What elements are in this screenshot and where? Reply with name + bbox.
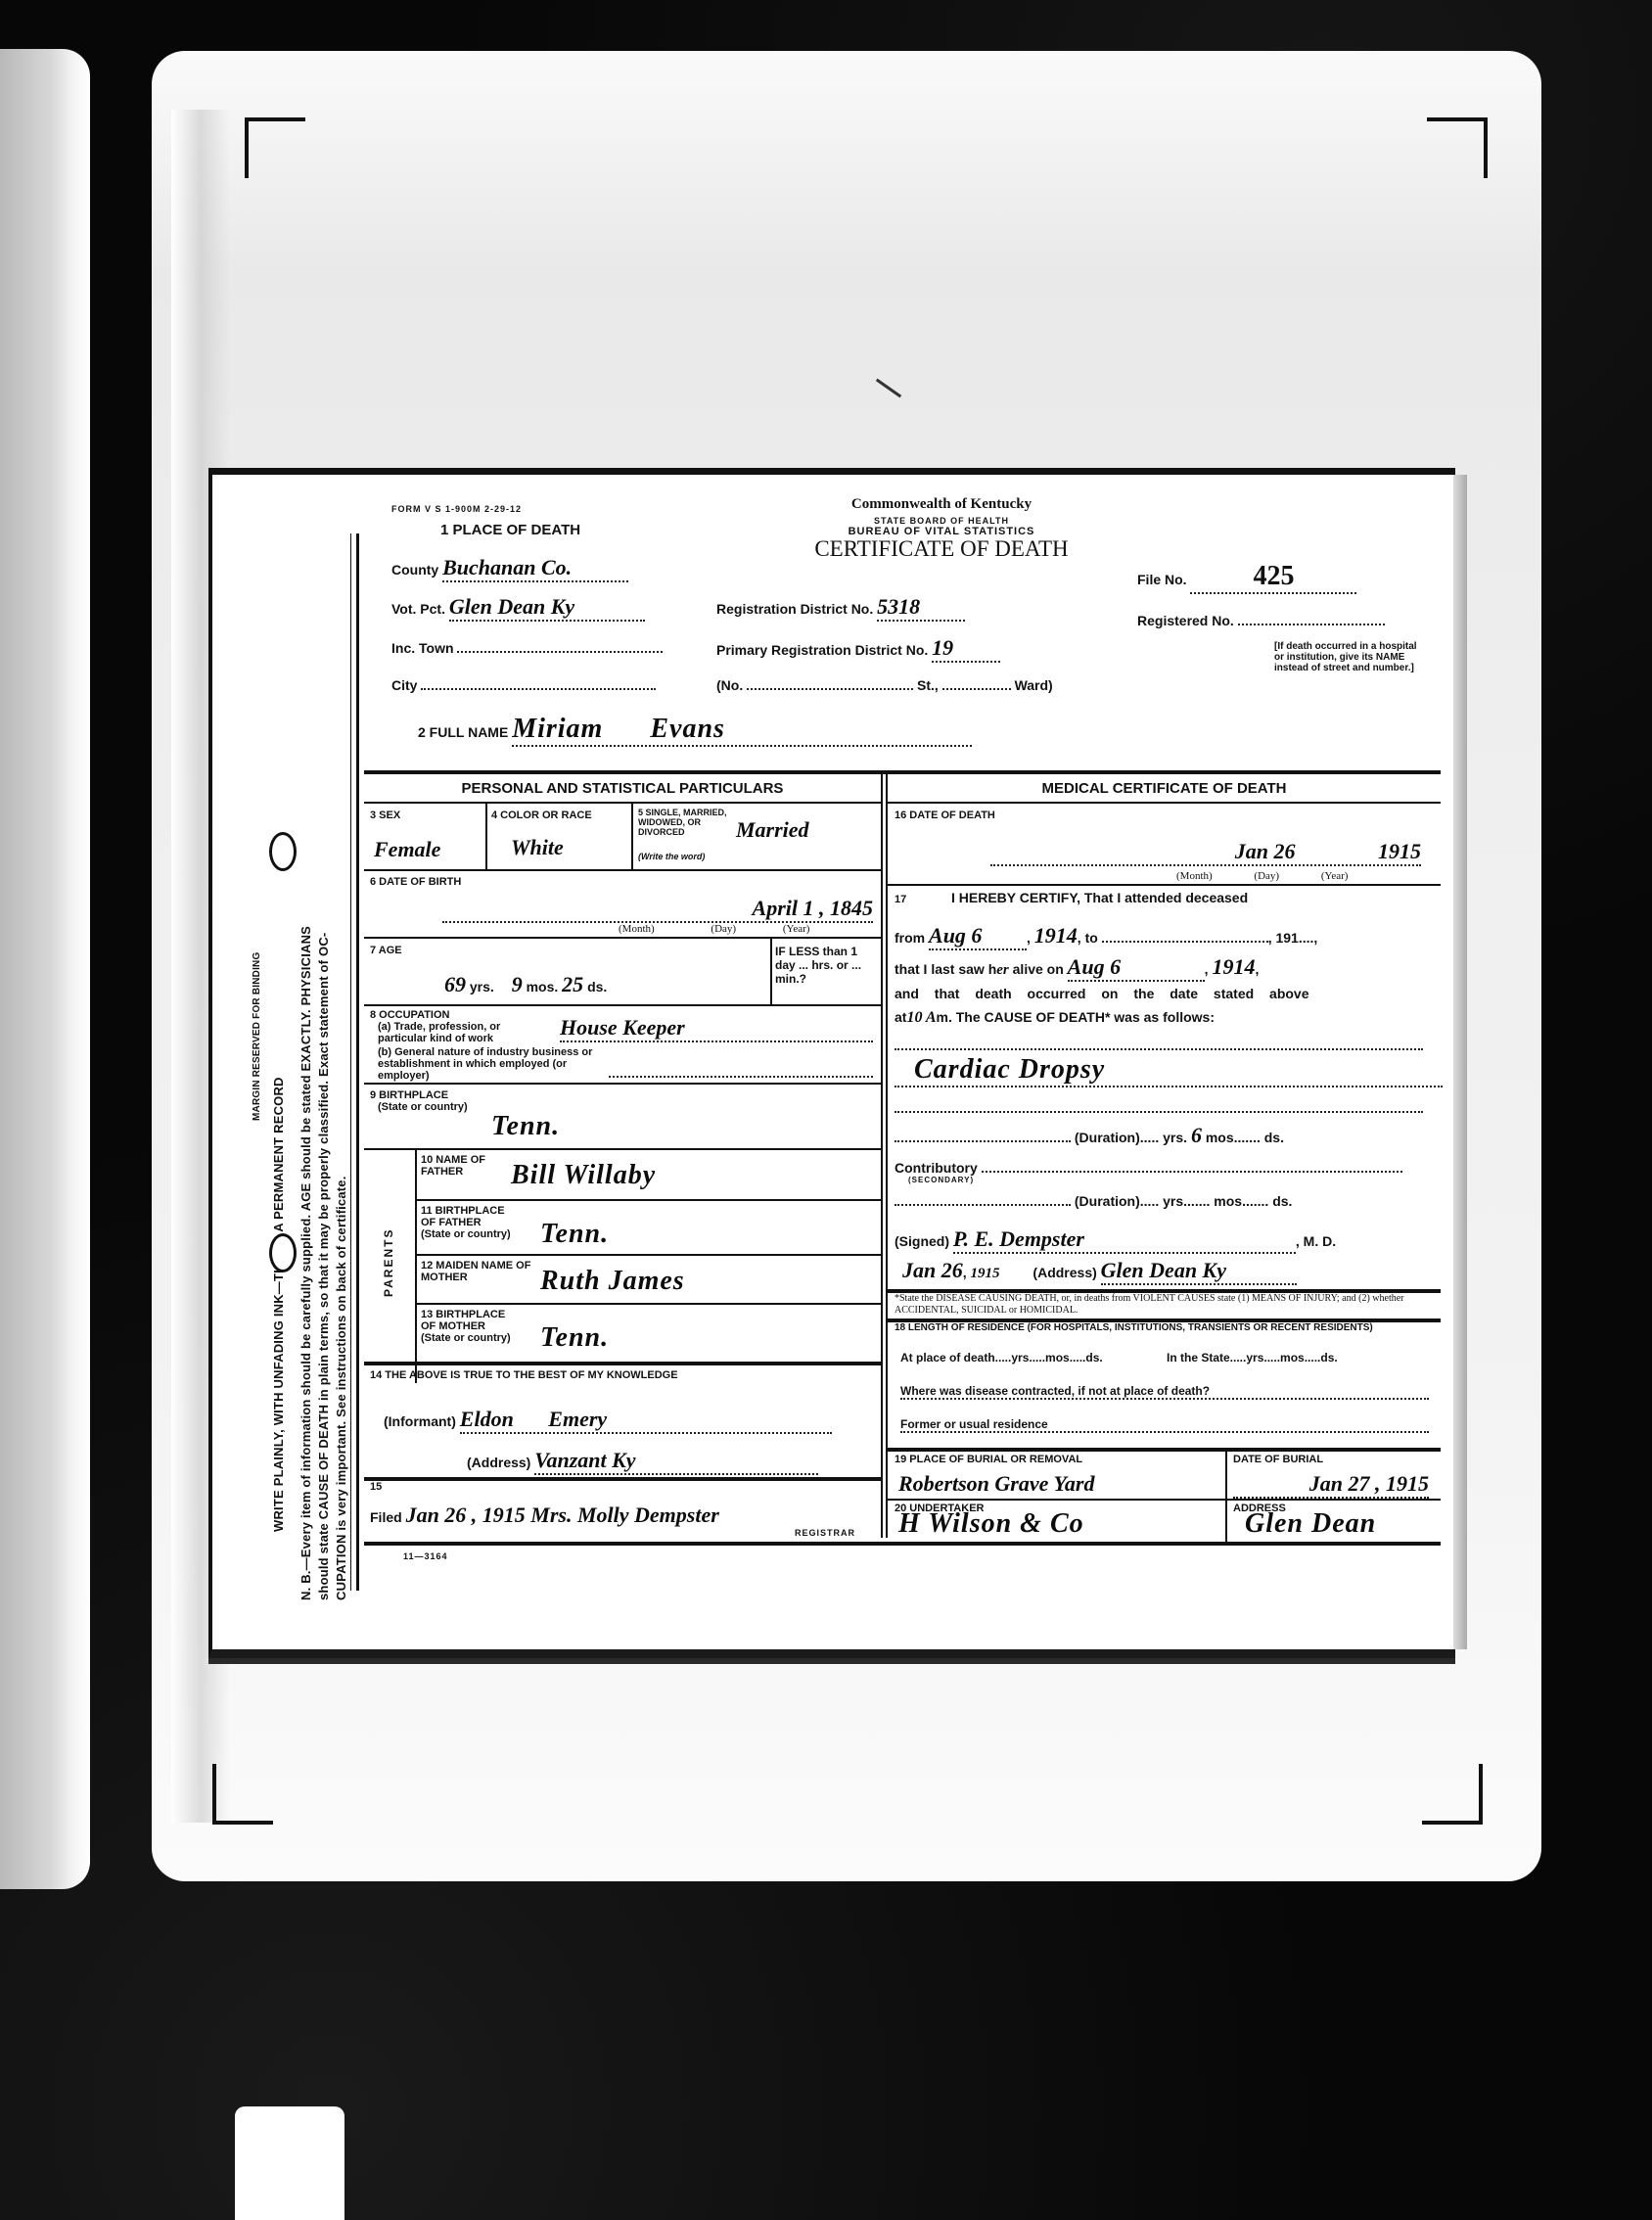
age-months: 9 xyxy=(512,972,523,996)
county-field: County Buchanan Co. xyxy=(391,555,628,582)
cause-of-death-value: Cardiac Dropsy xyxy=(895,1054,1443,1087)
mos-label: mos. xyxy=(1214,1193,1246,1209)
pronoun-value: er xyxy=(996,962,1009,978)
file-no-field: File No. 425 xyxy=(1137,561,1356,594)
duration-label: (Duration) xyxy=(1075,1193,1140,1209)
day-caption: (Day) xyxy=(711,923,736,935)
occupation-b-label: (b) General nature of industry business … xyxy=(378,1046,603,1082)
birthplace-value: Tenn. xyxy=(491,1111,560,1142)
row-rule xyxy=(888,1448,1441,1452)
parents-label: PARENTS xyxy=(382,1228,395,1297)
duration-label: (Duration) xyxy=(1075,1130,1140,1145)
contributory-duration-field: (Duration)..... yrs....... mos....... ds… xyxy=(895,1193,1292,1209)
father-value: Bill Willaby xyxy=(511,1160,656,1191)
city-blank xyxy=(421,676,656,690)
street-no-label: (No. xyxy=(716,677,743,693)
age-years: 69 xyxy=(444,972,466,996)
dod-label: 16 DATE OF DEATH xyxy=(895,809,995,821)
mother-value: Ruth James xyxy=(540,1266,685,1297)
vot-pct-label: Vot. Pct. xyxy=(391,601,445,617)
county-value: Buchanan Co. xyxy=(442,555,628,582)
registered-no-label: Registered No. xyxy=(1137,613,1234,628)
signed-date: Jan 26 xyxy=(902,1258,963,1282)
cause-blank xyxy=(895,1041,1423,1050)
last-saw-year: 1914 xyxy=(1212,954,1255,979)
signed-date-field: Jan 26, 1915 (Address) Glen Dean Ky xyxy=(902,1258,1297,1285)
form-code: FORM V S 1-900M 2-29-12 xyxy=(391,504,522,514)
row-rule xyxy=(364,1362,881,1365)
to-blank xyxy=(1102,931,1268,943)
row-rule xyxy=(364,1477,881,1481)
board-title: STATE BOARD OF HEALTH xyxy=(765,516,1118,526)
occupation-value: House Keeper xyxy=(560,1015,873,1042)
month-caption: (Month) xyxy=(1176,870,1213,882)
residence-label: 18 LENGTH OF RESIDENCE (FOR HOSPITALS, I… xyxy=(895,1322,1438,1334)
ds-label: ds. xyxy=(1272,1193,1292,1209)
registrar-label: REGISTRAR xyxy=(795,1528,855,1538)
crop-mark-top-left xyxy=(245,117,305,178)
burial-date-value: Jan 27 , 1915 xyxy=(1233,1471,1429,1499)
last-saw-value: Aug 6 xyxy=(1068,954,1205,982)
commonwealth-title: Commonwealth of Kentucky xyxy=(765,496,1118,513)
industry-blank xyxy=(609,1068,873,1078)
day-caption: (Day) xyxy=(1254,870,1279,882)
informant-field: (Informant) Eldon Emery xyxy=(384,1407,832,1434)
physician-signature: P. E. Dempster xyxy=(953,1226,1296,1254)
marital-hint: (Write the word) xyxy=(638,851,705,862)
row-rule xyxy=(364,1083,881,1085)
vot-pct-field: Vot. Pct. Glen Dean Ky xyxy=(391,594,645,622)
page-edge-shadow xyxy=(1453,475,1467,1649)
filed-number: 15 xyxy=(370,1481,382,1493)
punch-hole-icon xyxy=(269,1233,297,1272)
cell-divider xyxy=(770,938,772,1004)
margin-reserved-text: MARGIN RESERVED FOR BINDING xyxy=(250,952,265,1121)
last-saw-label: that I last saw h xyxy=(895,961,996,977)
mos-label: mos. xyxy=(527,979,559,994)
address-label: (Address) xyxy=(467,1455,530,1470)
signed-year: 1915 xyxy=(971,1266,1000,1281)
mos-label: mos. xyxy=(1206,1130,1238,1145)
true-statement: 14 THE ABOVE IS TRUE TO THE BEST OF MY K… xyxy=(370,1369,678,1381)
instructions-line-2: should state CAUSE OF DEATH in plain ter… xyxy=(316,933,332,1600)
row-rule xyxy=(364,1004,881,1006)
undertaker-address-value: Glen Dean xyxy=(1245,1508,1376,1540)
row-rule xyxy=(415,1254,881,1256)
ward-blank xyxy=(942,676,1011,690)
birthplace-hint: (State or country) xyxy=(378,1101,468,1113)
filed-label: Filed xyxy=(370,1509,402,1525)
cell-divider xyxy=(631,803,633,869)
filed-value: Jan 26 , 1915 Mrs. Molly Dempster xyxy=(406,1503,719,1527)
mother-birthplace-value: Tenn. xyxy=(540,1322,609,1354)
ds-label: ds. xyxy=(1264,1130,1284,1145)
street-ward-field: (No. St., Ward) xyxy=(716,676,1053,693)
yrs-label: yrs. xyxy=(1163,1130,1187,1145)
city-label: City xyxy=(391,677,417,693)
at-label: at xyxy=(895,1009,906,1025)
row-rule xyxy=(364,937,881,939)
burial-date-label: DATE OF BURIAL xyxy=(1233,1454,1323,1465)
margin-rule xyxy=(356,533,359,1591)
film-scratch xyxy=(876,379,901,398)
duration-months: 6 xyxy=(1191,1123,1202,1147)
from-year: 1914 xyxy=(1034,923,1078,948)
cause-text: m. The CAUSE OF DEATH* was as follows: xyxy=(937,1009,1215,1025)
in-state: In the State.....yrs.....mos.....ds. xyxy=(1167,1352,1431,1364)
signed-field: (Signed) P. E. Dempster, M. D. xyxy=(895,1226,1336,1254)
primary-registration-label: Primary Registration District No. xyxy=(716,642,928,658)
address-label: (Address) xyxy=(1032,1265,1096,1280)
row-rule xyxy=(888,884,1441,886)
duration-field: (Duration)..... yrs. 6 mos....... ds. xyxy=(895,1123,1284,1148)
birthplace-label: 9 BIRTHPLACE xyxy=(370,1089,448,1101)
father-birthplace-value: Tenn. xyxy=(540,1219,609,1250)
registered-no-blank xyxy=(1238,612,1385,625)
time-value: 10 A xyxy=(906,1009,936,1026)
signed-label: (Signed) xyxy=(895,1233,949,1249)
punch-hole-icon xyxy=(269,832,297,871)
father-birthplace-label: 11 BIRTHPLACE OF FATHER xyxy=(421,1205,519,1228)
certificate-form: FORM V S 1-900M 2-29-12 1 PLACE OF DEATH… xyxy=(364,475,1450,1640)
full-name-label: 2 FULL NAME xyxy=(418,724,508,740)
row-rule xyxy=(415,1199,881,1201)
md-label: M. D. xyxy=(1304,1233,1336,1249)
inc-town-field: Inc. Town xyxy=(391,639,663,656)
father-birthplace-hint: (State or country) xyxy=(421,1228,511,1240)
cause-footnote: *State the DISEASE CAUSING DEATH, or, in… xyxy=(895,1293,1438,1317)
dod-field: Jan 26 1915 xyxy=(990,839,1421,866)
street-label: St., xyxy=(917,677,939,693)
cell-divider xyxy=(485,803,487,869)
county-label: County xyxy=(391,562,438,578)
age-label: 7 AGE xyxy=(370,945,402,956)
informant-address-value: Vanzant Ky xyxy=(534,1448,818,1475)
hospital-note: [If death occurred in a hospital or inst… xyxy=(1274,641,1426,673)
registration-district-value: 5318 xyxy=(877,594,965,622)
duration-blank xyxy=(895,1194,1071,1206)
burial-place-label: 19 PLACE OF BURIAL OR REMOVAL xyxy=(895,1454,1082,1465)
mother-birthplace-hint: (State or country) xyxy=(421,1332,511,1344)
full-name-field: 2 FULL NAME Miriam Evans xyxy=(418,714,972,747)
crop-mark-bottom-right xyxy=(1422,1764,1483,1825)
occupation-label: 8 OCCUPATION xyxy=(370,1009,450,1021)
row-rule xyxy=(364,869,881,871)
contributory-blank xyxy=(982,1161,1402,1173)
age-value: 69 yrs. 9 mos. 25 ds. xyxy=(444,972,607,997)
row-rule xyxy=(415,1303,881,1305)
file-no-label: File No. xyxy=(1137,572,1187,587)
registration-district-label: Registration District No. xyxy=(716,601,873,617)
attended-from-field: from Aug 6, 1914, to , 191...., xyxy=(895,923,1317,950)
dob-value: April 1 , 1845 xyxy=(442,896,873,923)
informant-value: Eldon Emery xyxy=(460,1407,832,1434)
write-plainly-text: WRITE PLAINLY, WITH UNFADING INK—THIS IS… xyxy=(271,1077,287,1532)
age-days: 25 xyxy=(562,972,583,996)
year-caption: (Year) xyxy=(783,923,810,935)
at-place-of-death: At place of death.....yrs.....mos.....ds… xyxy=(900,1352,1174,1364)
marital-label: 5 SINGLE, MARRIED, WIDOWED, OR DIVORCED xyxy=(638,808,736,837)
adjacent-page-edge xyxy=(0,49,90,1889)
certify-text: I HEREBY CERTIFY, That I attended deceas… xyxy=(951,890,1248,905)
from-label: from xyxy=(895,930,925,946)
undertaker-value: H Wilson & Co xyxy=(898,1508,1084,1540)
dod-year: 1915 xyxy=(1378,839,1421,863)
personal-section-title: PERSONAL AND STATISTICAL PARTICULARS xyxy=(364,780,881,797)
cause-blank xyxy=(895,1103,1423,1113)
informant-label: (Informant) xyxy=(384,1413,456,1429)
inc-town-label: Inc. Town xyxy=(391,640,454,656)
last-saw-field: that I last saw her alive on Aug 6, 1914… xyxy=(895,954,1259,982)
less-than-day-label: IF LESS than 1 day ... hrs. or ... min.? xyxy=(775,945,878,986)
primary-registration-field: Primary Registration District No. 19 xyxy=(716,635,1000,663)
physician-address: Glen Dean Ky xyxy=(1101,1258,1297,1285)
cell-divider xyxy=(1225,1450,1227,1542)
document-title: CERTIFICATE OF DEATH xyxy=(765,537,1118,561)
medical-section-title: MEDICAL CERTIFICATE OF DEATH xyxy=(888,780,1441,797)
occupation-a-label: (a) Trade, profession, or particular kin… xyxy=(378,1021,544,1044)
yrs-label: yrs. xyxy=(470,979,494,994)
to-label: to xyxy=(1085,930,1098,946)
mother-label: 12 MAIDEN NAME OF MOTHER xyxy=(421,1260,538,1283)
vot-pct-value: Glen Dean Ky xyxy=(449,594,645,622)
certify-number: 17 xyxy=(895,894,906,905)
street-blank xyxy=(747,676,913,690)
print-code: 11—3164 xyxy=(403,1551,448,1561)
sex-value: Female xyxy=(374,837,440,862)
mother-birthplace-label: 13 BIRTHPLACE OF MOTHER xyxy=(421,1309,519,1332)
instructions-line-3: CUPATION is very important. See instruct… xyxy=(334,1176,349,1600)
death-certificate: MARGIN RESERVED FOR BINDING WRITE PLAINL… xyxy=(208,468,1455,1658)
sex-label: 3 SEX xyxy=(370,809,400,821)
ds-label: ds. xyxy=(587,979,607,994)
color-label: 4 COLOR OR RACE xyxy=(491,809,592,821)
filed-field: Filed Jan 26 , 1915 Mrs. Molly Dempster xyxy=(370,1503,719,1528)
inc-town-blank xyxy=(457,639,663,653)
registration-district-field: Registration District No. 5318 xyxy=(716,594,965,622)
instructions-line-1: N. B.—Every item of information should b… xyxy=(298,926,314,1600)
place-of-death-label: 1 PLACE OF DEATH xyxy=(440,522,580,538)
former-residence: Former or usual residence xyxy=(900,1418,1429,1433)
occurred-text: and that death occurred on the date stat… xyxy=(895,986,1309,1001)
bottom-rule xyxy=(364,1542,1441,1546)
margin-rule xyxy=(350,533,351,1591)
dob-caption: (Month) (Day) (Year) xyxy=(619,923,809,935)
column-divider xyxy=(886,774,888,1538)
primary-registration-value: 19 xyxy=(932,635,1000,663)
column-divider xyxy=(881,774,883,1538)
month-caption: (Month) xyxy=(619,923,655,935)
dob-label: 6 DATE OF BIRTH xyxy=(370,876,461,888)
row-rule xyxy=(364,1148,881,1150)
informant-address-field: (Address) Vanzant Ky xyxy=(467,1448,818,1475)
parents-divider xyxy=(415,1148,417,1383)
full-name-value: Miriam Evans xyxy=(512,714,972,747)
file-no-value: 425 xyxy=(1190,561,1356,594)
year-caption: (Year) xyxy=(1321,870,1349,882)
from-value: Aug 6 xyxy=(929,923,1027,950)
row-rule xyxy=(888,802,1441,804)
contributory-label: Contributory xyxy=(895,1160,978,1176)
duration-blank xyxy=(895,1131,1071,1142)
crop-mark-bottom-left xyxy=(212,1764,273,1825)
father-label: 10 NAME OF FATHER xyxy=(421,1154,499,1178)
alive-on-label: alive on xyxy=(1013,961,1064,977)
crop-mark-top-right xyxy=(1427,117,1488,178)
burial-place-value: Robertson Grave Yard xyxy=(898,1471,1094,1497)
color-value: White xyxy=(511,835,564,860)
section-rule xyxy=(364,770,1441,774)
dod-value: Jan 26 xyxy=(1235,839,1296,863)
secondary-label: (SECONDARY) xyxy=(908,1176,974,1184)
row-rule xyxy=(364,802,881,804)
registered-no-field: Registered No. xyxy=(1137,612,1385,628)
cause-of-death-intro: at10 Am. The CAUSE OF DEATH* was as foll… xyxy=(895,1009,1215,1027)
ward-label: Ward) xyxy=(1015,677,1053,693)
contributory-field: Contributory xyxy=(895,1160,1402,1176)
disease-contracted: Where was disease contracted, if not at … xyxy=(900,1385,1429,1400)
certificate-heading: Commonwealth of Kentucky STATE BOARD OF … xyxy=(765,496,1118,561)
row-rule xyxy=(888,1499,1441,1501)
marital-value: Married xyxy=(736,817,809,843)
film-frame-tab xyxy=(235,2106,344,2220)
binding-margin: MARGIN RESERVED FOR BINDING WRITE PLAINL… xyxy=(222,494,359,1620)
city-field: City xyxy=(391,676,656,693)
yrs-label: yrs. xyxy=(1163,1193,1187,1209)
dod-caption: (Month) (Day) (Year) xyxy=(1176,870,1348,882)
